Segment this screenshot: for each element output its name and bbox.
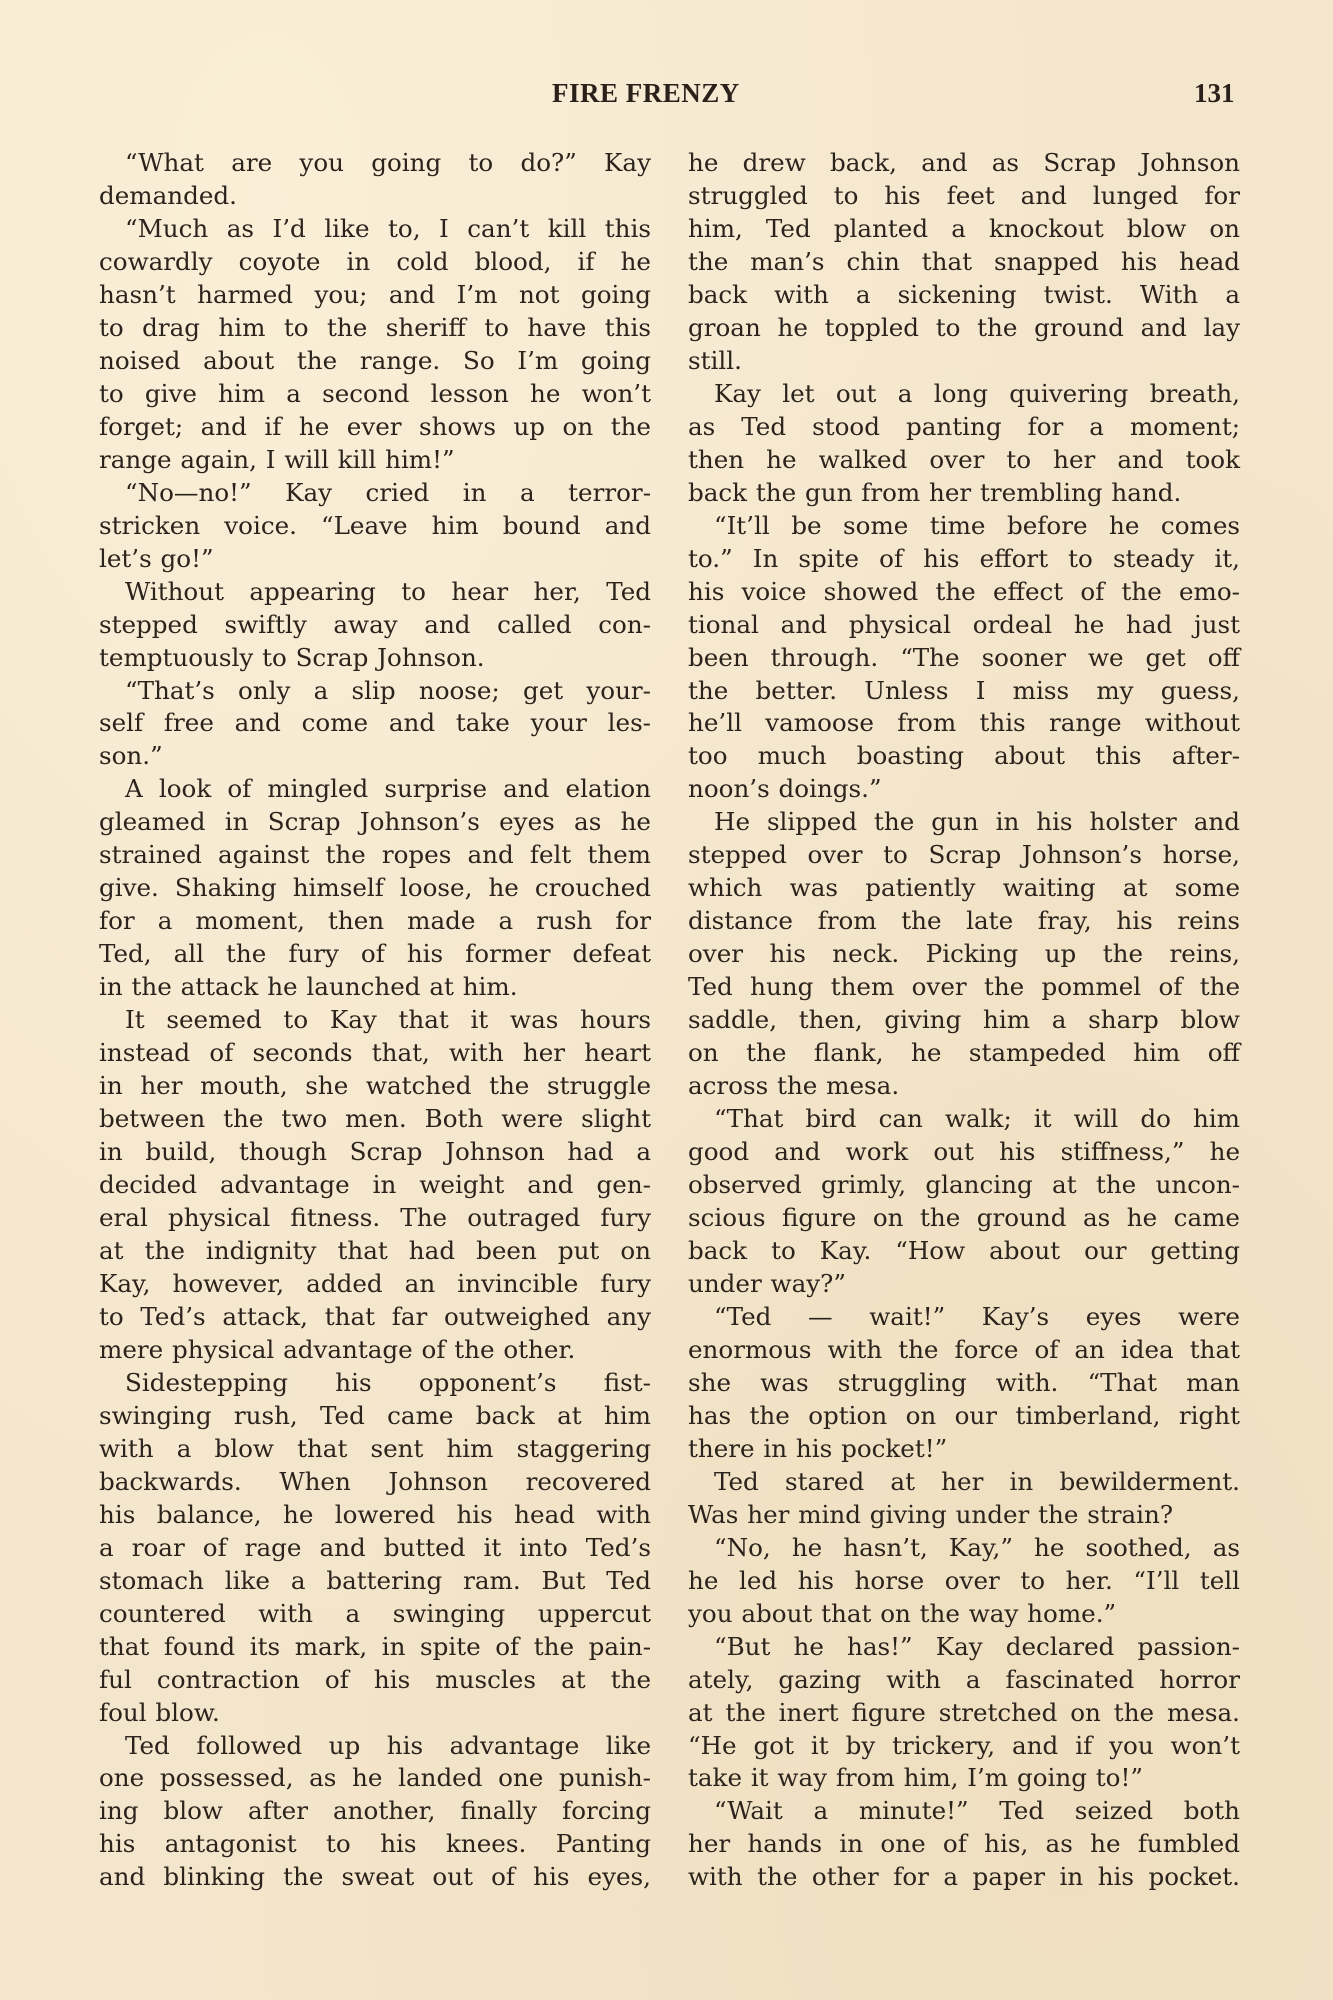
text-line: there in his pocket!”	[688, 1433, 1240, 1466]
text-line: observed grimly, glancing at the uncon-	[688, 1169, 1240, 1202]
text-line: as Ted stood panting for a moment;	[688, 411, 1240, 444]
text-line: A look of mingled surprise and elation	[99, 773, 651, 806]
text-line: he’ll vamoose from this range without	[688, 707, 1240, 740]
text-line: temptuously to Scrap Johnson.	[99, 642, 651, 675]
text-line: has the option on our timberland, right	[688, 1400, 1240, 1433]
text-line: too much boasting about this after-	[688, 740, 1240, 773]
text-line: his antagonist to his knees. Panting	[99, 1828, 651, 1861]
text-line: back to Kay. “How about our getting	[688, 1235, 1240, 1268]
text-line: foul blow.	[99, 1697, 651, 1730]
text-line: “He got it by trickery, and if you won’t	[688, 1730, 1240, 1763]
text-line: stomach like a battering ram. But Ted	[99, 1565, 651, 1598]
text-line: her hands in one of his, as he fumbled	[688, 1828, 1240, 1861]
text-line: “No, he hasn’t, Kay,” he soothed, as	[688, 1532, 1240, 1565]
text-line: He slipped the gun in his holster and	[688, 806, 1240, 839]
running-head: FIRE FRENZY 131	[0, 78, 1333, 118]
text-line: Was her mind giving under the strain?	[688, 1499, 1240, 1532]
text-line: at the inert figure stretched on the mes…	[688, 1697, 1240, 1730]
text-line: cowardly coyote in cold blood, if he	[99, 246, 651, 279]
text-line: groan he toppled to the ground and lay	[688, 312, 1240, 345]
text-line: Without appearing to hear her, Ted	[99, 576, 651, 609]
text-line: stepped over to Scrap Johnson’s horse,	[688, 839, 1240, 872]
text-line: him, Ted planted a knockout blow on	[688, 213, 1240, 246]
text-line: “Much as I’d like to, I can’t kill this	[99, 213, 651, 246]
left-text-column: “What are you going to do?” Kaydemanded.…	[99, 147, 651, 1894]
text-line: with the other for a paper in his pocket…	[688, 1861, 1240, 1894]
text-line: “Wait a minute!” Ted seized both	[688, 1795, 1240, 1828]
text-line: he drew back, and as Scrap Johnson	[688, 147, 1240, 180]
page-number: 131	[1194, 78, 1235, 109]
text-line: Kay, however, added an invincible fury	[99, 1268, 651, 1301]
text-line: in build, though Scrap Johnson had a	[99, 1136, 651, 1169]
text-line: gleamed in Scrap Johnson’s eyes as he	[99, 806, 651, 839]
text-line: self free and come and take your les-	[99, 707, 651, 740]
text-line: Sidestepping his opponent’s fist-	[99, 1367, 651, 1400]
text-line: enormous with the force of an idea that	[688, 1334, 1240, 1367]
text-line: ately, gazing with a fascinated horror	[688, 1664, 1240, 1697]
text-line: Ted hung them over the pommel of the	[688, 971, 1240, 1004]
text-line: his balance, he lowered his head with	[99, 1499, 651, 1532]
text-line: son.”	[99, 740, 651, 773]
text-line: for a moment, then made a rush for	[99, 905, 651, 938]
text-line: over his neck. Picking up the reins,	[688, 938, 1240, 971]
text-line: across the mesa.	[688, 1070, 1240, 1103]
text-line: Kay let out a long quivering breath,	[688, 378, 1240, 411]
text-line: ful contraction of his muscles at the	[99, 1664, 651, 1697]
text-line: that found its mark, in spite of the pai…	[99, 1631, 651, 1664]
text-line: decided advantage in weight and gen-	[99, 1169, 651, 1202]
text-line: in the attack he launched at him.	[99, 971, 651, 1004]
text-line: she was struggling with. “That man	[688, 1367, 1240, 1400]
text-line: back with a sickening twist. With a	[688, 279, 1240, 312]
text-line: swinging rush, Ted came back at him	[99, 1400, 651, 1433]
text-line: saddle, then, giving him a sharp blow	[688, 1004, 1240, 1037]
text-line: which was patiently waiting at some	[688, 872, 1240, 905]
text-line: hasn’t harmed you; and I’m not going	[99, 279, 651, 312]
text-line: range again, I will kill him!”	[99, 444, 651, 477]
text-line: a roar of rage and butted it into Ted’s	[99, 1532, 651, 1565]
text-line: under way?”	[688, 1268, 1240, 1301]
text-line: to drag him to the sheriff to have this	[99, 312, 651, 345]
text-line: stepped swiftly away and called con-	[99, 609, 651, 642]
text-line: to give him a second lesson he won’t	[99, 378, 651, 411]
text-line: demanded.	[99, 180, 651, 213]
text-line: still.	[688, 345, 1240, 378]
text-line: with a blow that sent him staggering	[99, 1433, 651, 1466]
text-line: the better. Unless I miss my guess,	[688, 675, 1240, 708]
text-line: his voice showed the effect of the emo-	[688, 576, 1240, 609]
text-line: to Ted’s attack, that far outweighed any	[99, 1301, 651, 1334]
text-line: struggled to his feet and lunged for	[688, 180, 1240, 213]
running-title: FIRE FRENZY	[552, 78, 740, 109]
text-line: and blinking the sweat out of his eyes,	[99, 1861, 651, 1894]
text-line: “It’ll be some time before he comes	[688, 510, 1240, 543]
text-line: you about that on the way home.”	[688, 1598, 1240, 1631]
text-line: “No—no!” Kay cried in a terror-	[99, 477, 651, 510]
text-line: in her mouth, she watched the struggle	[99, 1070, 651, 1103]
text-line: forget; and if he ever shows up on the	[99, 411, 651, 444]
text-line: good and work out his stiffness,” he	[688, 1136, 1240, 1169]
text-line: “Ted — wait!” Kay’s eyes were	[688, 1301, 1240, 1334]
text-line: countered with a swinging uppercut	[99, 1598, 651, 1631]
text-line: noised about the range. So I’m going	[99, 345, 651, 378]
text-line: to.” In spite of his effort to steady it…	[688, 543, 1240, 576]
text-line: eral physical fitness. The outraged fury	[99, 1202, 651, 1235]
right-text-column: he drew back, and as Scrap Johnsonstrugg…	[688, 147, 1240, 1894]
text-line: at the indignity that had been put on	[99, 1235, 651, 1268]
text-line: the man’s chin that snapped his head	[688, 246, 1240, 279]
text-line: noon’s doings.”	[688, 773, 1240, 806]
text-line: Ted followed up his advantage like	[99, 1730, 651, 1763]
text-line: then he walked over to her and took	[688, 444, 1240, 477]
text-line: on the flank, he stampeded him off	[688, 1037, 1240, 1070]
text-line: scious figure on the ground as he came	[688, 1202, 1240, 1235]
text-line: mere physical advantage of the other.	[99, 1334, 651, 1367]
text-line: one possessed, as he landed one punish-	[99, 1762, 651, 1795]
text-line: instead of seconds that, with her heart	[99, 1037, 651, 1070]
text-line: “That bird can walk; it will do him	[688, 1103, 1240, 1136]
text-line: stricken voice. “Leave him bound and	[99, 510, 651, 543]
text-line: “That’s only a slip noose; get your-	[99, 675, 651, 708]
text-line: let’s go!”	[99, 543, 651, 576]
text-line: ing blow after another, finally forcing	[99, 1795, 651, 1828]
text-line: It seemed to Kay that it was hours	[99, 1004, 651, 1037]
text-line: “But he has!” Kay declared passion-	[688, 1631, 1240, 1664]
text-line: he led his horse over to her. “I’ll tell	[688, 1565, 1240, 1598]
text-line: distance from the late fray, his reins	[688, 905, 1240, 938]
text-line: been through. “The sooner we get off	[688, 642, 1240, 675]
text-line: between the two men. Both were slight	[99, 1103, 651, 1136]
text-line: strained against the ropes and felt them	[99, 839, 651, 872]
text-line: tional and physical ordeal he had just	[688, 609, 1240, 642]
text-line: “What are you going to do?” Kay	[99, 147, 651, 180]
text-line: backwards. When Johnson recovered	[99, 1466, 651, 1499]
text-line: back the gun from her trembling hand.	[688, 477, 1240, 510]
text-line: give. Shaking himself loose, he crouched	[99, 872, 651, 905]
text-line: take it way from him, I’m going to!”	[688, 1762, 1240, 1795]
text-line: Ted, all the fury of his former defeat	[99, 938, 651, 971]
text-line: Ted stared at her in bewilderment.	[688, 1466, 1240, 1499]
